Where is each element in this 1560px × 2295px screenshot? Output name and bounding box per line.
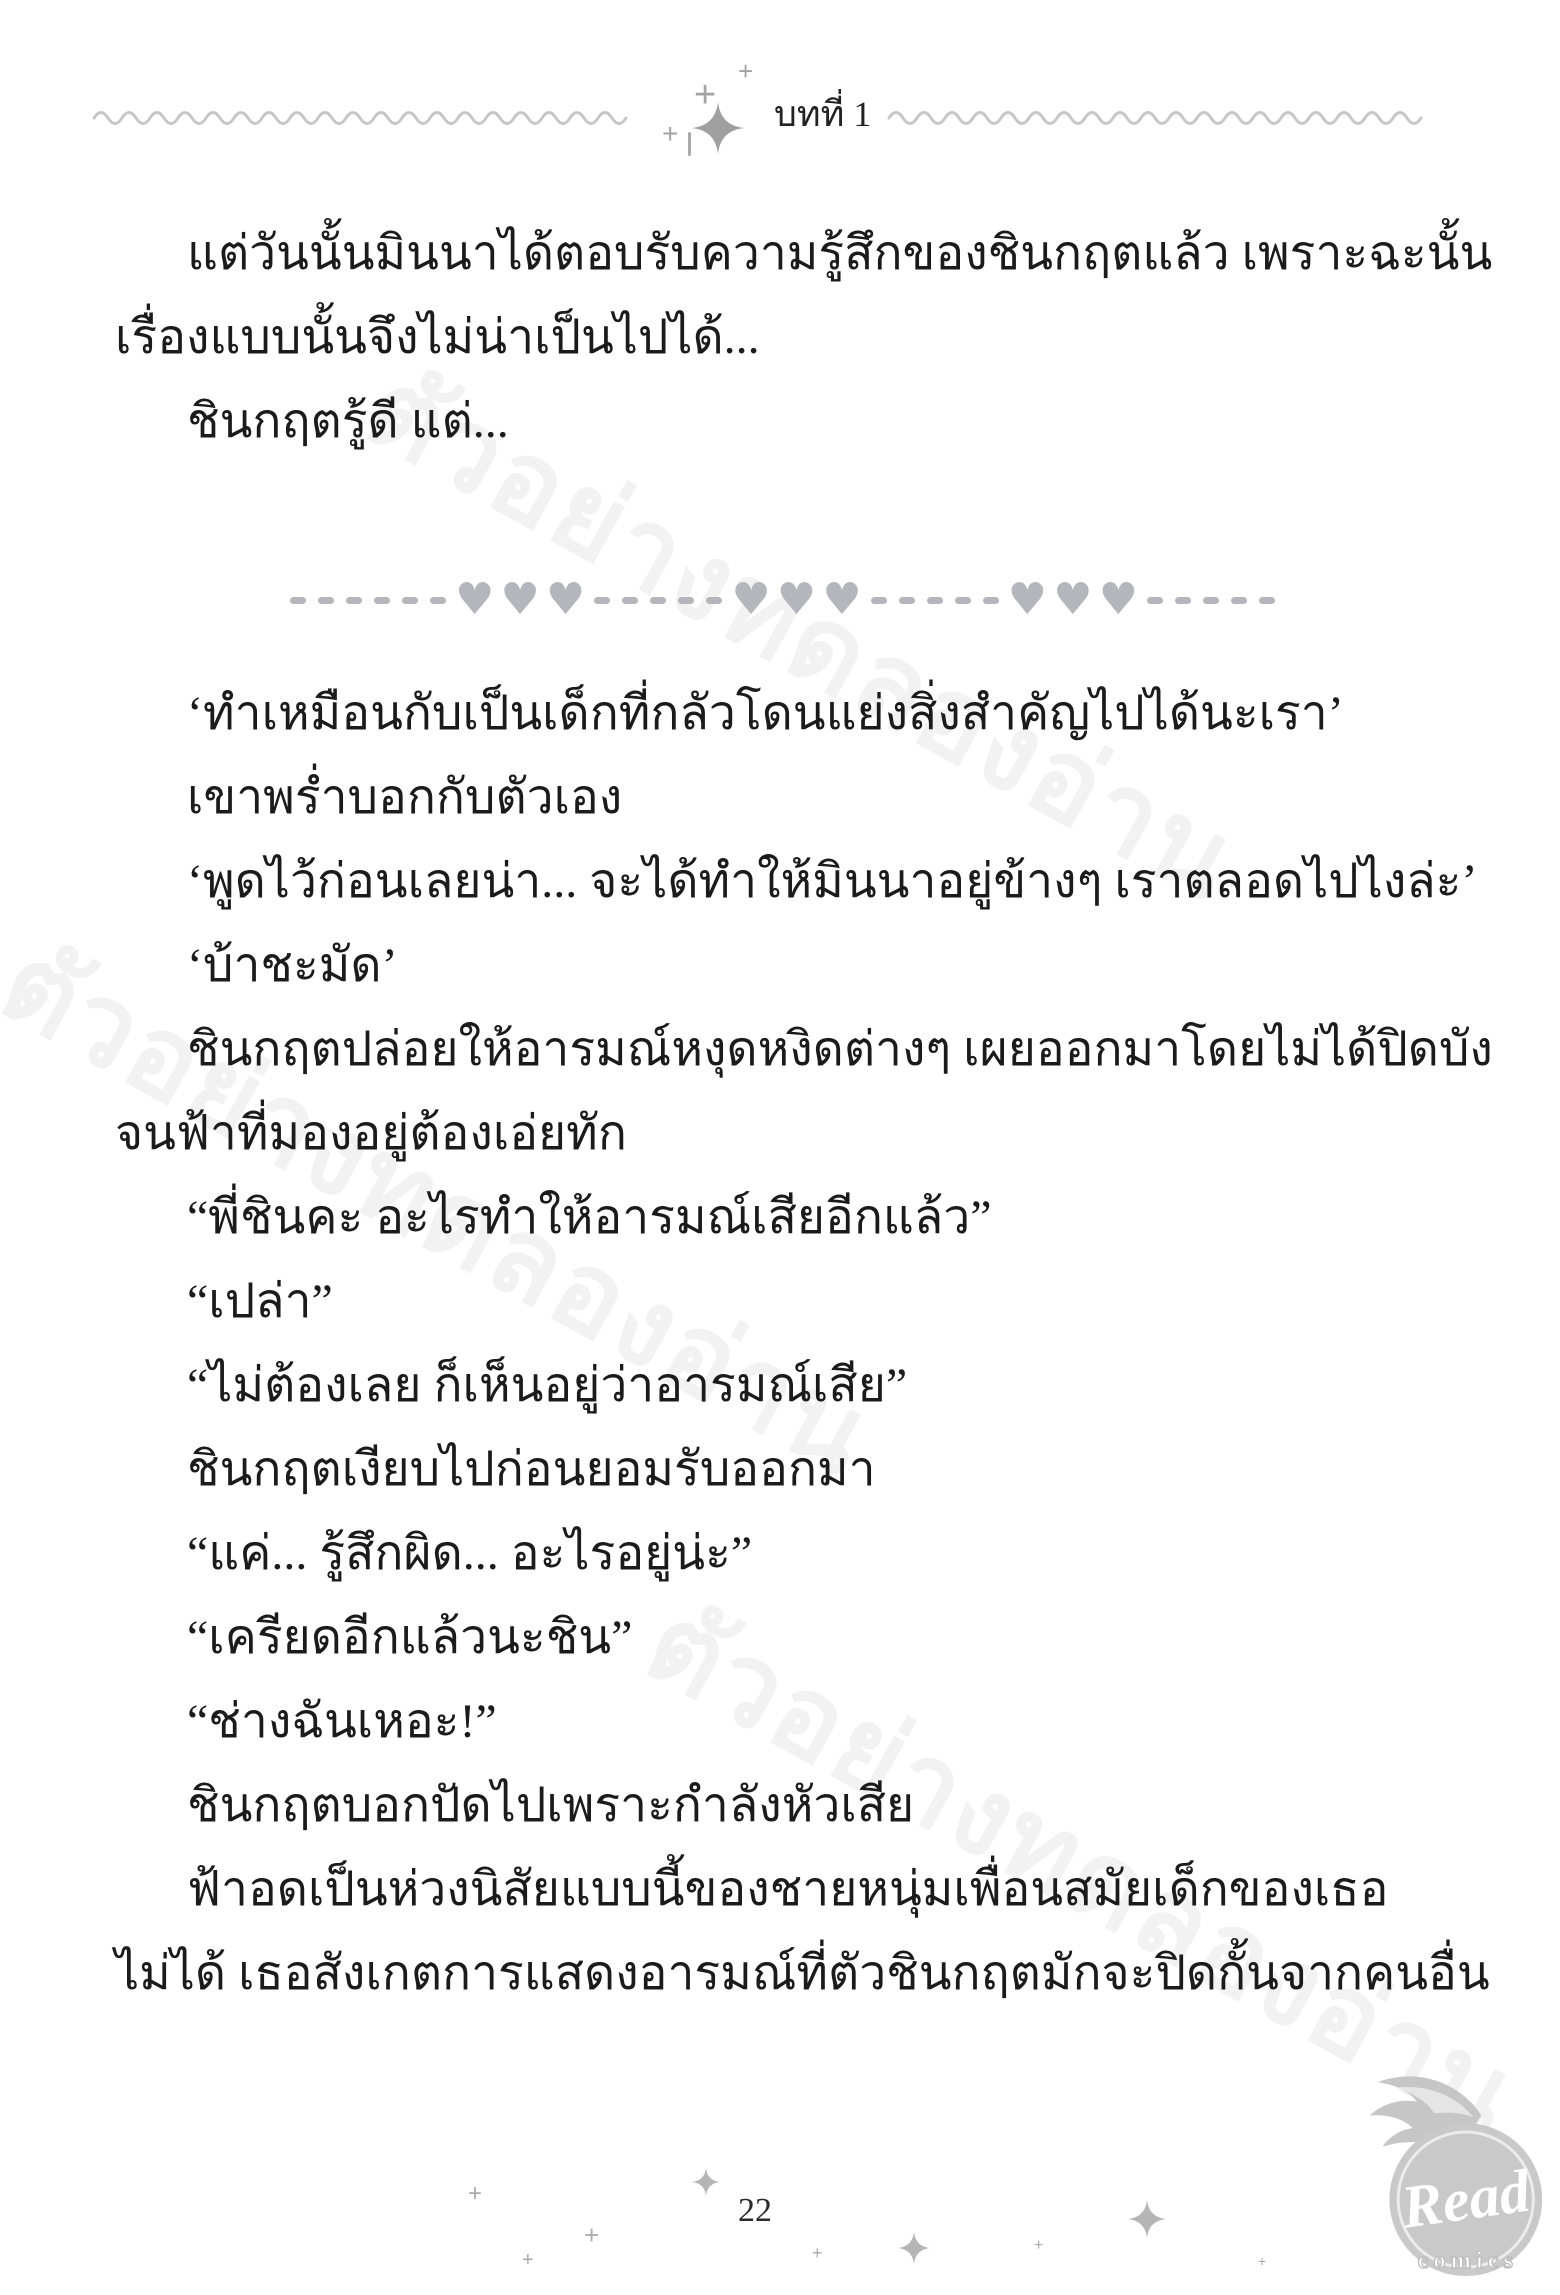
dash-icon (678, 597, 694, 604)
text-line: ชินกฤตบอกปัดไปเพราะกำลังหัวเสีย (115, 1764, 1460, 1848)
plus-sparkle-icon: + (1034, 2238, 1043, 2254)
text-line: แต่วันนั้นมินนาได้ตอบรับความรู้สึกของชิน… (115, 212, 1460, 296)
dash-icon (594, 597, 610, 604)
heart-icon: ♥ (822, 578, 861, 622)
heart-icon: ♥ (455, 578, 494, 622)
dash-icon (871, 597, 887, 604)
dash-icon (1203, 597, 1219, 604)
heart-icon: ♥ (1099, 578, 1138, 622)
plus-sparkle-icon: + (522, 2250, 534, 2270)
dash-icon (374, 597, 390, 604)
heart-icon: ♥ (1008, 578, 1047, 622)
heart-icon: ♥ (1053, 578, 1092, 622)
text-line: ชินกฤตเงียบไปก่อนยอมรับออกมา (115, 1428, 1460, 1512)
dash-icon (983, 597, 999, 604)
four-point-star-icon (692, 102, 744, 154)
sparkle-cluster: + + + (662, 68, 762, 164)
text-line: จนฟ้าที่มองอยู่ต้องเอ่ยทัก (115, 1092, 1460, 1176)
dash-icon (1175, 597, 1191, 604)
plus-sparkle-icon: + (662, 120, 678, 148)
text-line: “ช่างฉันเหอะ!” (115, 1680, 1460, 1764)
heart-icon: ♥ (500, 578, 539, 622)
dash-icon (430, 597, 446, 604)
dash-icon (955, 597, 971, 604)
body-lines-top: แต่วันนั้นมินนาได้ตอบรับความรู้สึกของชิน… (115, 212, 1460, 464)
four-point-star-icon (1128, 2200, 1166, 2238)
heart-icon: ♥ (731, 578, 770, 622)
text-line: ชินกฤตรู้ดี แต่... (115, 380, 1460, 464)
text-line: “แค่... รู้สึกผิด... อะไรอยู่น่ะ” (115, 1512, 1460, 1596)
text-line: ‘พูดไว้ก่อนเลยน่า... จะได้ทำให้มินนาอยู่… (115, 840, 1460, 924)
text-line: เรื่องแบบนั้นจึงไม่น่าเป็นไปได้... (115, 296, 1460, 380)
book-page: ตัวอย่างทดลองอ่าน ตัวอย่างทดลองอ่าน ตัวอ… (0, 0, 1560, 2295)
dash-icon (346, 597, 362, 604)
text-line: “เครียดอีกแล้วนะชิน” (115, 1596, 1460, 1680)
chapter-title: บทที่ 1 (772, 85, 877, 148)
text-line: ‘บ้าชะมัด’ (115, 924, 1460, 1008)
text-line: ฟ้าอดเป็นห่วงนิสัยแบบนี้ของชายหนุ่มเพื่อ… (115, 1848, 1460, 1932)
plus-sparkle-icon: + (1258, 2254, 1266, 2268)
dash-icon (706, 597, 722, 604)
plus-sparkle-icon: + (812, 2244, 823, 2262)
plus-sparkle-icon: + (468, 2182, 482, 2206)
plus-sparkle-icon: + (584, 2222, 599, 2248)
plus-sparkle-icon: + (738, 58, 753, 84)
heart-icon: ♥ (777, 578, 816, 622)
readcomics-logo: Read comics (1356, 2072, 1552, 2293)
text-line: “พี่ชินคะ อะไรทำให้อารมณ์เสียอีกแล้ว” (115, 1176, 1460, 1260)
dash-icon (899, 597, 915, 604)
dash-icon (318, 597, 334, 604)
four-point-star-icon (898, 2232, 930, 2264)
dash-icon (1231, 597, 1247, 604)
heart-divider: ♥♥♥♥♥♥♥♥♥ (115, 578, 1450, 622)
dash-icon (927, 597, 943, 604)
text-line: “ไม่ต้องเลย ก็เห็นอยู่ว่าอารมณ์เสีย” (115, 1344, 1460, 1428)
dash-icon (402, 597, 418, 604)
dash-icon (1259, 597, 1275, 604)
dash-icon (1147, 597, 1163, 604)
text-line: ไม่ได้ เธอสังเกตการแสดงอารมณ์ที่ตัวชินกฤ… (115, 1932, 1460, 2016)
logo-sub-text: comics (1418, 2247, 1518, 2274)
dash-icon (650, 597, 666, 604)
dash-icon (290, 597, 306, 604)
dash-icon (622, 597, 638, 604)
body-lines-bottom: ‘ทำเหมือนกับเป็นเด็กที่กลัวโดนแย่งสิ่งสำ… (115, 672, 1460, 2016)
text-line: เขาพร่ำบอกกับตัวเอง (115, 756, 1460, 840)
page-number: 22 (680, 2192, 830, 2230)
wavy-line-left-icon (92, 104, 652, 128)
chapter-header: + + + บทที่ 1 (92, 68, 1532, 164)
heart-icon: ♥ (546, 578, 585, 622)
text-line: ‘ทำเหมือนกับเป็นเด็กที่กลัวโดนแย่งสิ่งสำ… (115, 672, 1460, 756)
wavy-line-right-icon (887, 104, 1447, 128)
text-line: ชินกฤตปล่อยให้อารมณ์หงุดหงิดต่างๆ เผยออก… (115, 1008, 1460, 1092)
sparkle-needle-icon (688, 132, 691, 156)
text-line: “เปล่า” (115, 1260, 1460, 1344)
